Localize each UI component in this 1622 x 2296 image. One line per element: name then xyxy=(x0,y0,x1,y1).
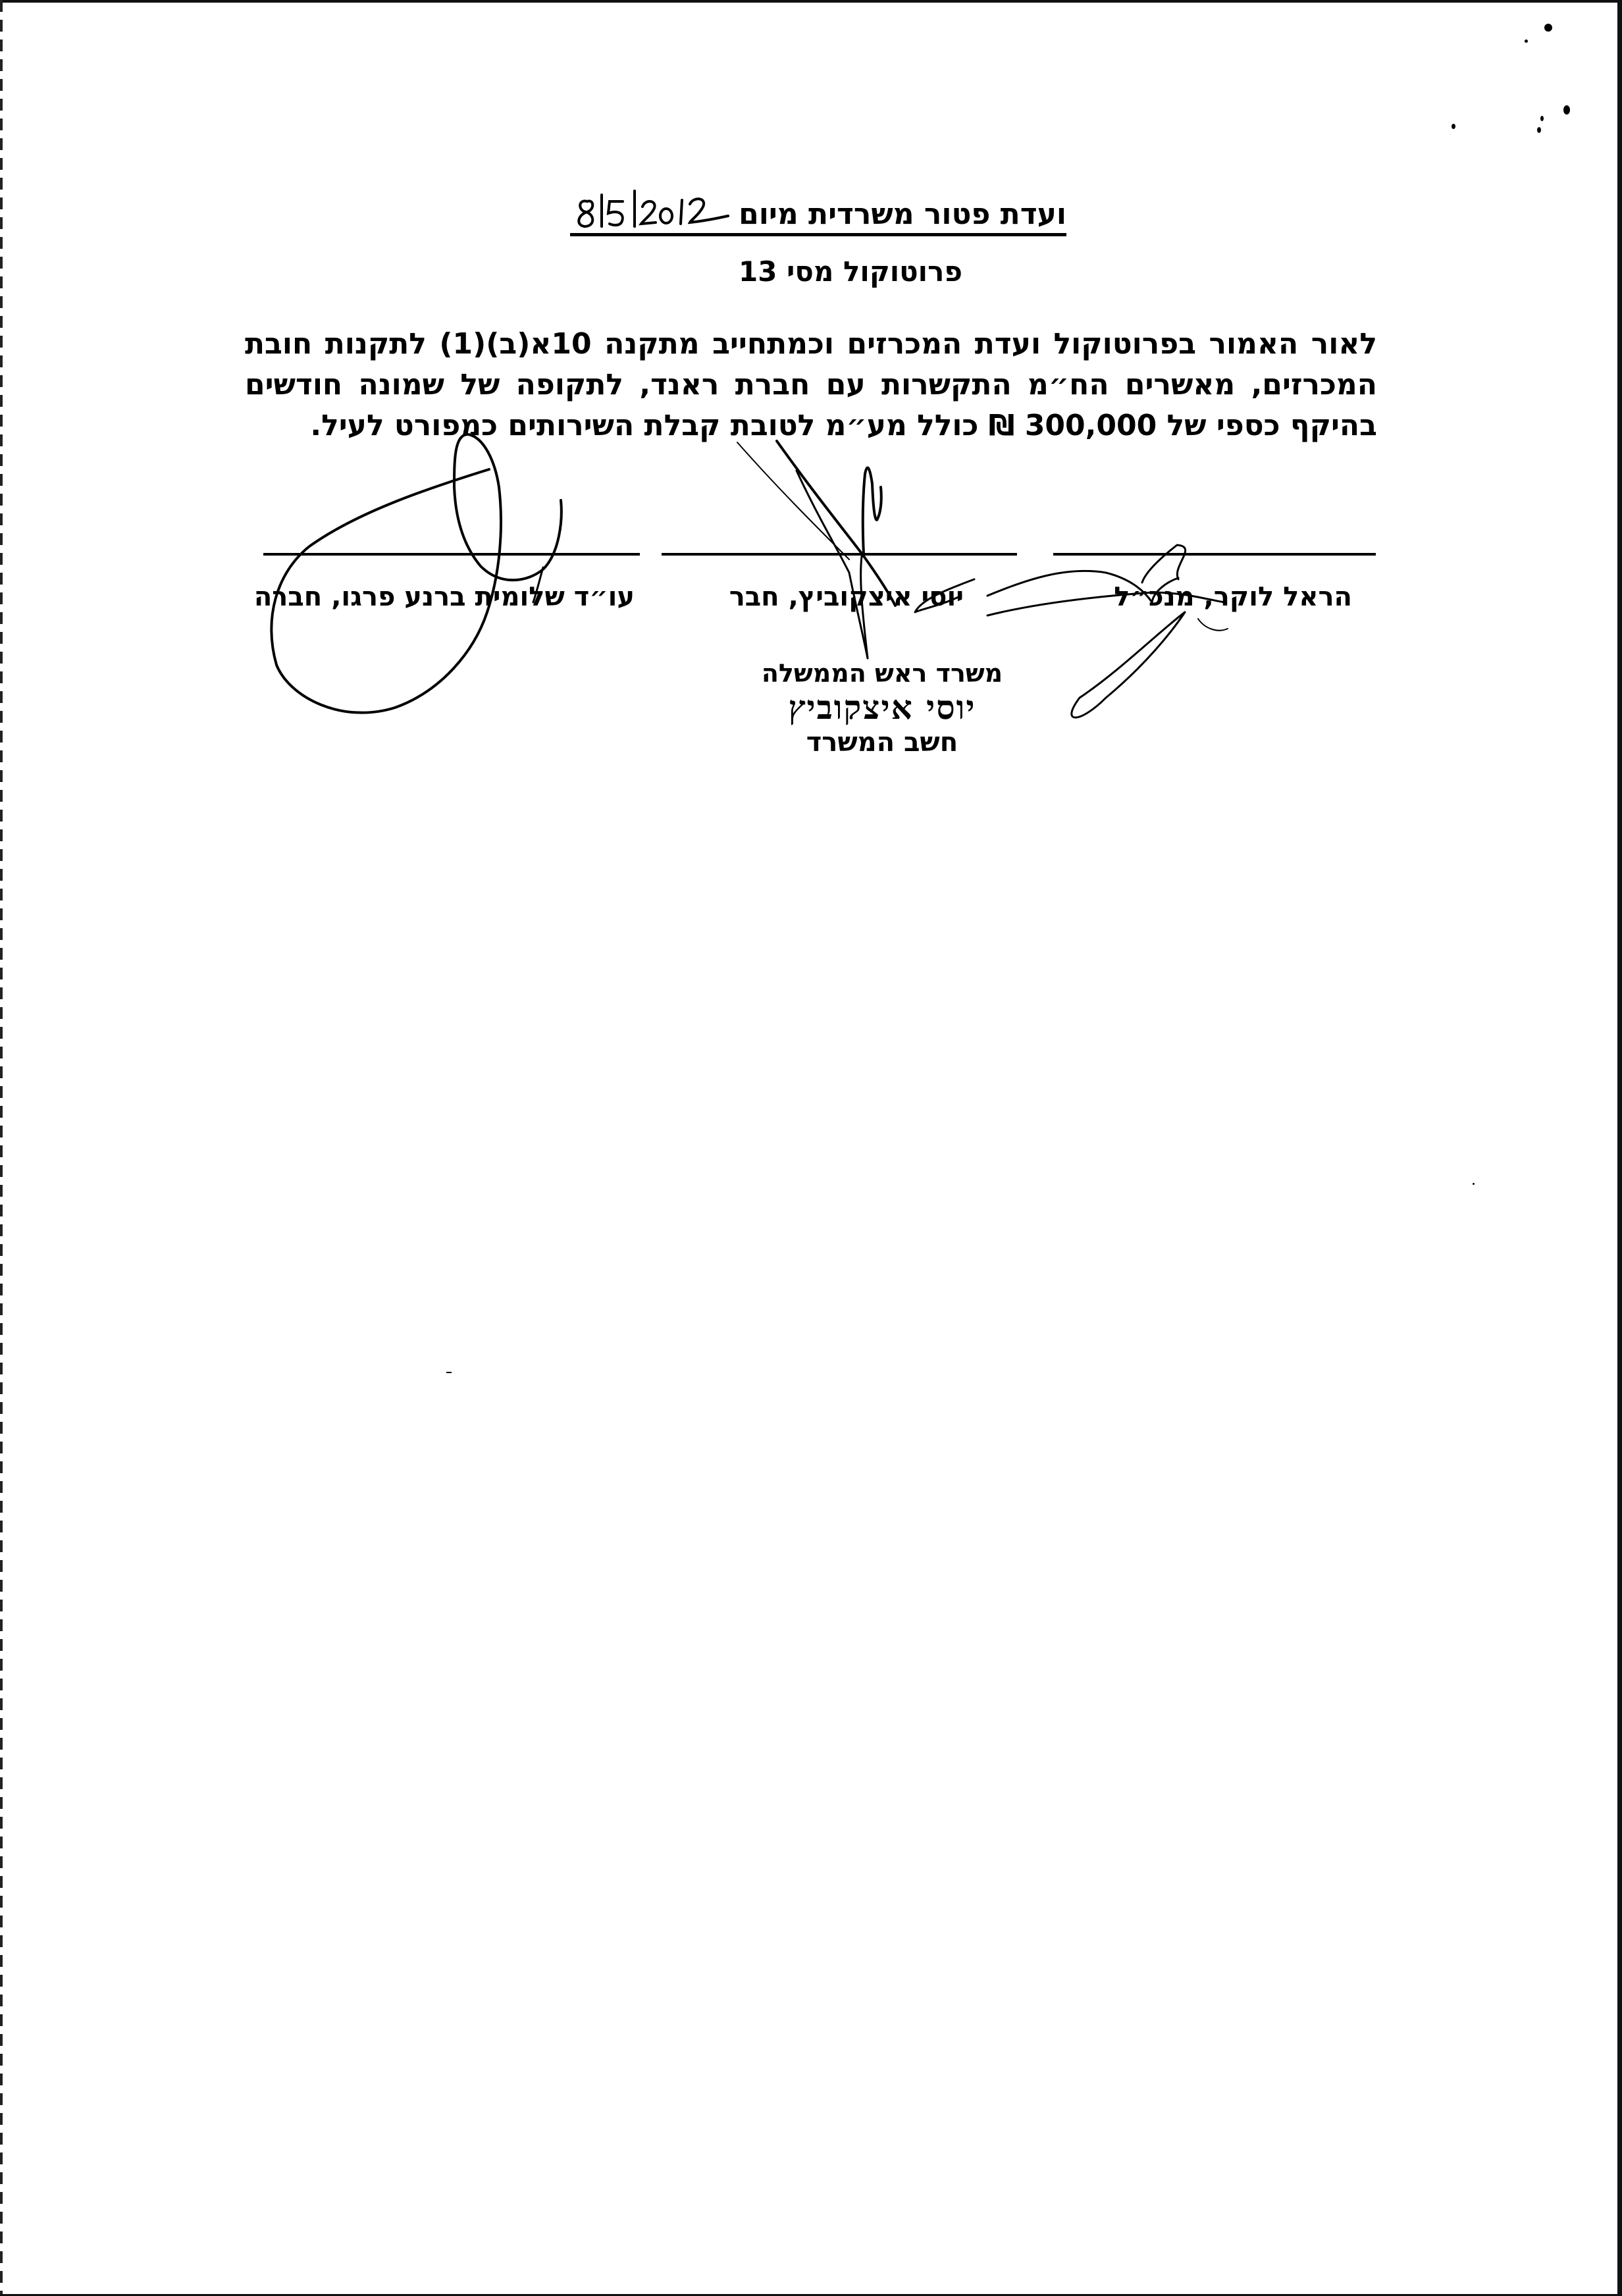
protocol-number: פרוטוקול מסי 13 xyxy=(0,255,1622,288)
document-header: ועדת פטור משרדית מיום 8|5|2012 xyxy=(566,196,1066,242)
paragraph-line: בהיקף כספי של 300,000 ₪ כולל מע״מ לטובת … xyxy=(245,405,1377,446)
stamp-office: משרד ראש הממשלה xyxy=(724,658,1040,689)
official-stamp: משרד ראש הממשלה יוסי איצקוביץ חשב המשרד xyxy=(724,658,1040,758)
stamp-role: חשב המשרד xyxy=(724,727,1040,758)
scan-speck xyxy=(1452,124,1455,129)
scan-edge-right xyxy=(1617,0,1622,2296)
approval-paragraph: לאור האמור בפרוטוקול ועדת המכרזים וכמתחי… xyxy=(245,324,1377,446)
signature-scribble-left-icon xyxy=(271,434,561,713)
signatory-name-member-2: עו״ד שלומית ברנע פרגו, חברה xyxy=(254,582,635,612)
scan-speck xyxy=(1473,1183,1475,1185)
scan-speck xyxy=(1544,24,1552,32)
scan-edge-left xyxy=(0,0,3,2296)
scan-speck xyxy=(1540,116,1544,121)
scan-speck xyxy=(446,1372,452,1373)
paragraph-line: לאור האמור בפרוטוקול ועדת המכרזים וכמתחי… xyxy=(245,324,1377,365)
signature-line-ceo xyxy=(1053,553,1376,556)
signature-scribble-middle-icon xyxy=(737,441,974,658)
signature-line-member xyxy=(662,553,1017,556)
signatory-name-member: יוסי איצקוביץ, חבר xyxy=(729,582,964,612)
committee-title: ועדת פטור משרדית מיום xyxy=(739,196,1066,233)
stamp-name: יוסי איצקוביץ xyxy=(724,689,1040,727)
signatory-name-ceo: הראל לוקר, מנכ״ל xyxy=(1114,582,1352,612)
scan-speck xyxy=(1537,127,1541,133)
scan-edge-top xyxy=(0,0,1622,3)
scanned-document-page: ועדת פטור משרדית מיום 8|5|2012 xyxy=(0,0,1622,2296)
handwritten-date-icon: 8|5|2012 xyxy=(573,187,731,234)
scan-speck xyxy=(1525,39,1528,43)
signature-line-member-2 xyxy=(263,553,640,556)
paragraph-line: המכרזים, מאשרים הח״מ התקשרות עם חברת ראנ… xyxy=(245,365,1377,405)
scan-speck xyxy=(1563,105,1570,115)
